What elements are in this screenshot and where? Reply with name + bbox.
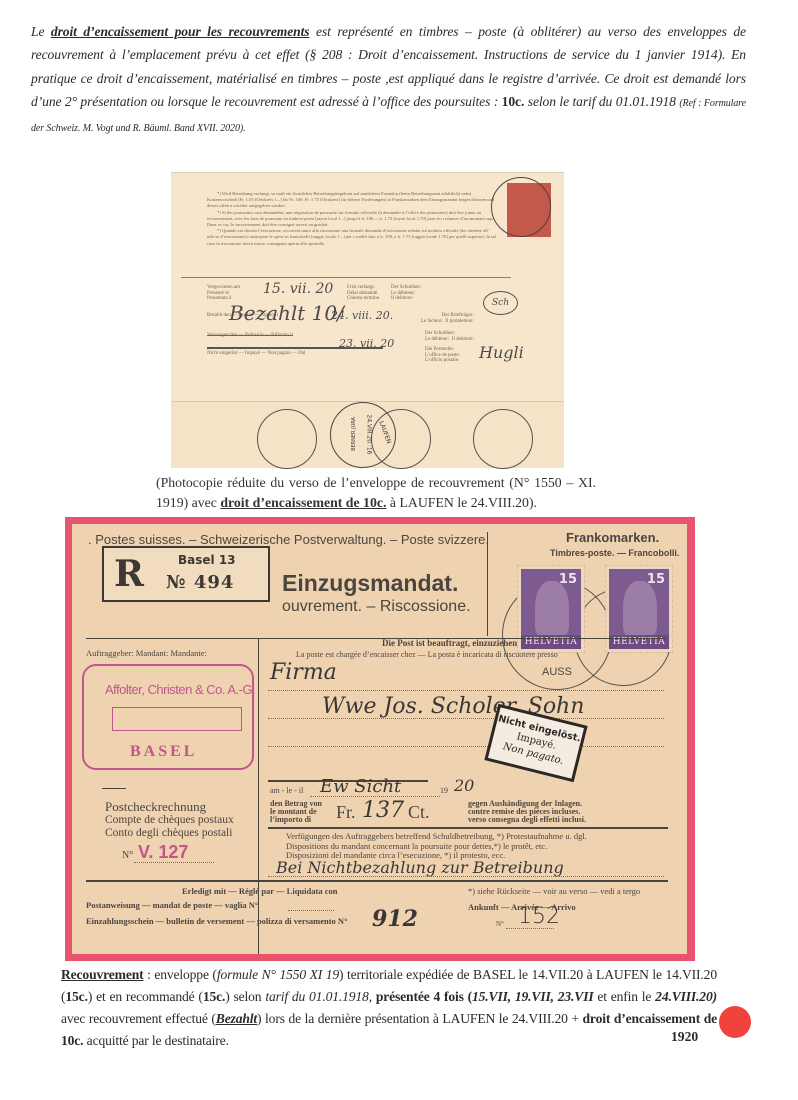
stamps-subtitle: Timbres-poste. — Francobolli. bbox=[550, 548, 679, 558]
intro-prefix: Le bbox=[31, 24, 51, 39]
red-marker-dot bbox=[719, 1006, 751, 1038]
recap-heading: Recouvrement bbox=[61, 967, 144, 982]
label-refused: Verweigert den — Refusé le — Rifiutato i… bbox=[207, 333, 293, 339]
delivery-note: gegen Aushändigung der Inlagen. contre r… bbox=[468, 800, 586, 824]
label-carrier: Der Briefträger: Le facteur: Il portalet… bbox=[421, 313, 474, 324]
year-hand: 20 bbox=[454, 776, 474, 795]
postcheck-number: V. 127 bbox=[138, 842, 188, 863]
dispositions-text: Verfügungen des Auftraggebers betreffend… bbox=[286, 832, 587, 861]
registration-letter: R bbox=[114, 553, 144, 595]
registration-label: R Basel 13 № 494 bbox=[102, 546, 270, 602]
address-line-3 bbox=[268, 746, 664, 747]
sender-cachet bbox=[82, 664, 254, 770]
recap-paragraph: Recouvrement : enveloppe (formule N° 155… bbox=[61, 964, 717, 1052]
amount-label: den Betrag von le montant de l’importo d… bbox=[270, 800, 322, 824]
amount-currency: Fr. bbox=[336, 802, 356, 823]
dispositions-line bbox=[268, 876, 664, 877]
registration-office: Basel 13 bbox=[178, 553, 236, 567]
fine-print-it: *) Quando sia chiesta l’esecuzione, occo… bbox=[207, 228, 497, 247]
postmark-town: LAUFEN bbox=[378, 420, 393, 445]
recap-paid: Bezahlt bbox=[216, 1011, 257, 1026]
recap-t8: ) lors de la dernière présentation à LAU… bbox=[257, 1011, 582, 1026]
verso-photocopy: *) Wird Betreibung verlangt, so muß ein … bbox=[171, 172, 564, 467]
recipient-line-1: Firma bbox=[270, 660, 337, 685]
envelope-header: . Postes suisses. – Schweizerische Postv… bbox=[88, 532, 489, 547]
stamp-circle-3 bbox=[473, 409, 533, 469]
stamp-circle-1 bbox=[257, 409, 317, 469]
verso-caption: (Photocopie réduite du verso de l’envelo… bbox=[156, 473, 596, 513]
label-debtor-2: Der Schuldner: Le débiteur: Il debitore: bbox=[425, 331, 474, 342]
postcheck-fr: Compte de chèques postaux bbox=[105, 814, 234, 826]
label-presented: Vorgewiesen am Présenté le Presentata il bbox=[207, 285, 240, 302]
recap-fee-2: 15c. bbox=[203, 989, 225, 1004]
date-label: am - le - il bbox=[270, 786, 303, 795]
deposit-number: 912 bbox=[372, 906, 418, 932]
arrival-no-label: N° bbox=[496, 920, 504, 928]
sender-label: Auftraggeber: Mandant: Mandante: bbox=[86, 648, 207, 658]
postmark-text: AUSS bbox=[542, 666, 572, 678]
address-line-2 bbox=[268, 718, 664, 719]
postcheck-it: Conto degli chèques postali bbox=[105, 827, 232, 839]
postcheck-no-label: N° bbox=[122, 850, 133, 861]
tell-portrait-icon bbox=[535, 581, 569, 637]
hand-carrier-sig: Sch bbox=[483, 291, 518, 315]
envelope-recto: . Postes suisses. – Schweizerische Postv… bbox=[72, 524, 687, 954]
stamp-area-divider bbox=[487, 532, 488, 636]
verso-fine-print: *) Wird Betreibung verlangt, so muß ein … bbox=[207, 191, 497, 247]
recap-t3: ) et en recommandé ( bbox=[88, 989, 203, 1004]
year-label: 19 bbox=[440, 786, 448, 795]
recap-final-date: 24.VIII.20) bbox=[655, 989, 717, 1004]
intro-fee: 10c. bbox=[502, 94, 525, 109]
divider bbox=[181, 277, 511, 278]
date-line bbox=[310, 796, 440, 797]
recap-formula: formule N° 1550 XI 19 bbox=[217, 967, 339, 982]
recap-fee-1: 15c. bbox=[65, 989, 87, 1004]
strike-line bbox=[207, 347, 383, 349]
postcheck-title: Postcheckrechnung bbox=[105, 799, 206, 815]
label-debtor-1: Der Schuldner: Le débiteur: Il debitore: bbox=[391, 285, 421, 302]
see-reverse-note: *) siehe Rückseite — voir au verso — ved… bbox=[468, 886, 640, 896]
instruction-de: Die Post ist beauftragt, einzuziehen bbox=[382, 638, 517, 648]
intro-body-2: selon le tarif du 01.01.1918 bbox=[524, 94, 679, 109]
caption-highlight: droit d’encaissement de 10c. bbox=[220, 495, 386, 510]
year-label: 1920 bbox=[671, 1029, 698, 1045]
deposit-slip-label: Einzahlungsschein — bulletin de versemen… bbox=[86, 916, 347, 926]
recap-t4: ) selon bbox=[225, 989, 265, 1004]
recap-t5: , bbox=[369, 989, 376, 1004]
dispositions-hand: Bei Nichtbezahlung zur Betreibung bbox=[276, 858, 564, 877]
date-hand: Ew Sicht bbox=[320, 776, 401, 797]
tell-portrait-icon bbox=[623, 581, 657, 637]
amount-cents: Ct. bbox=[408, 802, 430, 823]
header-rule bbox=[86, 638, 666, 639]
instruction-fr: La poste est chargée d’encaisser chez — … bbox=[296, 650, 558, 659]
postmark-region: BERNER JURA bbox=[351, 417, 357, 451]
hand-paid-word: Bezahlt 10/ bbox=[229, 301, 344, 325]
settled-label: Erledigt mit — Réglé par — Liquidata con bbox=[182, 886, 337, 896]
caption-text-2: à LAUFEN le 24.VIII.20). bbox=[386, 495, 537, 510]
hand-presented-date: 15. vii. 20 bbox=[263, 281, 333, 297]
intro-paragraph: Le droit d’encaissement pour les recouvr… bbox=[31, 20, 746, 140]
stamps-title: Frankomarken. bbox=[566, 530, 659, 545]
recap-tariff: tarif du 01.01.1918 bbox=[265, 989, 368, 1004]
hand-paid-date: 24. viii. 20. bbox=[331, 309, 393, 322]
postmark-date: 24.VIII.20.·16 bbox=[365, 415, 372, 455]
address-line-1 bbox=[268, 690, 664, 691]
money-order-label: Postanweisung — mandat de poste — vaglia… bbox=[86, 900, 258, 910]
stamp-2: 15 HELVETIA bbox=[606, 566, 672, 652]
recap-t6: et enfin le bbox=[593, 989, 655, 1004]
postcheck-mark bbox=[102, 788, 126, 789]
fine-print-de: *) Wird Betreibung verlangt, so muß ein … bbox=[207, 191, 497, 210]
recap-dates: 15.VII, 19.VII, 23.VII bbox=[472, 989, 593, 1004]
label-term: Frist verlangt. Délai demandé. Chiesto t… bbox=[347, 285, 380, 302]
amount-hand: 137 bbox=[362, 798, 404, 823]
hand-office-sig: Hugli bbox=[479, 343, 524, 362]
settlement-rule bbox=[86, 880, 668, 882]
registration-number: № 494 bbox=[166, 572, 234, 593]
envelope-subtitle: ouvrement. – Riscossione. bbox=[282, 598, 471, 616]
dispositions-rule bbox=[268, 827, 668, 829]
recap-t1: : enveloppe ( bbox=[144, 967, 217, 982]
recap-t7: avec recouvrement effectué ( bbox=[61, 1011, 216, 1026]
stamp-1: 15 HELVETIA bbox=[518, 566, 584, 652]
arrival-number: 152 bbox=[518, 904, 560, 929]
laufen-postmark: BERNER JURA 24.VIII.20.·16 LAUFEN bbox=[330, 402, 396, 468]
money-order-line bbox=[288, 910, 334, 911]
verso-postmark-top bbox=[491, 177, 551, 237]
recap-presented: présentée 4 fois ( bbox=[376, 989, 472, 1004]
label-unpaid: Nicht eingelöst — Impayé — Non pagato — … bbox=[207, 351, 305, 357]
label-office: Die Poststelle: L’office de poste: L’uff… bbox=[425, 347, 460, 364]
intro-subject: droit d’encaissement pour les recouvreme… bbox=[51, 24, 310, 39]
fine-print-fr: *) Si des poursuites sont demandées, une… bbox=[207, 210, 497, 229]
recap-t9: acquitté par le destinataire. bbox=[83, 1033, 228, 1048]
envelope-title: Einzugsmandat. bbox=[282, 570, 458, 597]
